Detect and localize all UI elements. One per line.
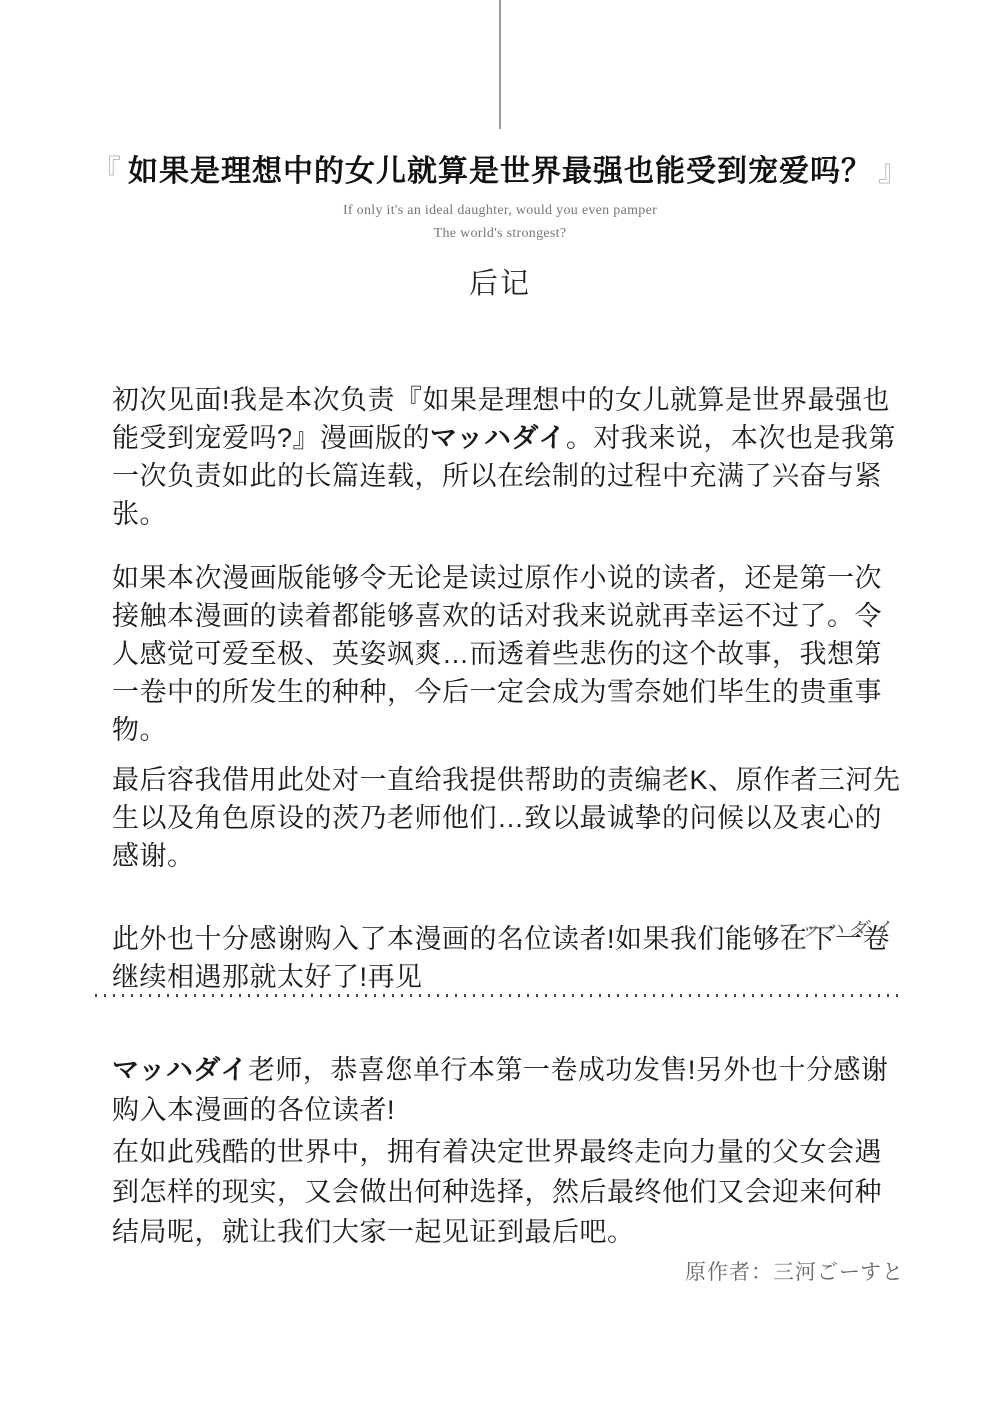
artist-name: マッハダイ: [430, 423, 566, 453]
afterword-body: 初次见面!我是本次负责『如果是理想中的女儿就算是世界最强也能受到宠爱吗?』漫画版…: [112, 381, 904, 996]
afterword-heading: 后记: [0, 261, 1000, 302]
page-fold-line: [499, 0, 501, 129]
series-title-english: If only it's an ideal daughter, would yo…: [0, 199, 1000, 245]
afterword-paragraph-1: 初次见面!我是本次负责『如果是理想中的女儿就算是世界最强也能受到宠爱吗?』漫画版…: [112, 381, 904, 533]
series-title-english-line2: The world's strongest?: [0, 222, 1000, 245]
series-title: 『如果是理想中的女儿就算是世界最强也能受到宠爱吗？』: [0, 146, 1000, 190]
artist-name: マッハダイ: [112, 1055, 248, 1085]
afterword-paragraph-2: 如果本次漫画版能够令无论是读过原作小说的读者，还是第一次接触本漫画的读着都能够喜…: [112, 559, 904, 749]
artist-signature: マッハダイ: [776, 913, 895, 942]
title-open-bracket: 『: [85, 155, 128, 188]
congrats-paragraph-1: マッハダイ老师，恭喜您单行本第一卷成功发售!另外也十分感谢购入本漫画的各位读者!: [112, 1050, 904, 1130]
original-author-credit: 原作者：三河ごーすと: [112, 1256, 904, 1286]
congrats-paragraph-2: 在如此残酷的世界中，拥有着决定世界最终走向力量的父女会遇到怎样的现实，又会做出何…: [112, 1132, 904, 1252]
dotted-divider: [95, 994, 905, 997]
title-close-bracket: 』: [872, 155, 915, 188]
congrats-section: マッハダイ老师，恭喜您单行本第一卷成功发售!另外也十分感谢购入本漫画的各位读者!…: [112, 1050, 904, 1286]
afterword-paragraph-3: 最后容我借用此处对一直给我提供帮助的责编老K、原作者三河先生以及角色原设的茨乃老…: [112, 761, 904, 875]
series-title-text: 如果是理想中的女儿就算是世界最强也能受到宠爱吗？: [128, 155, 872, 188]
series-title-english-line1: If only it's an ideal daughter, would yo…: [0, 199, 1000, 222]
